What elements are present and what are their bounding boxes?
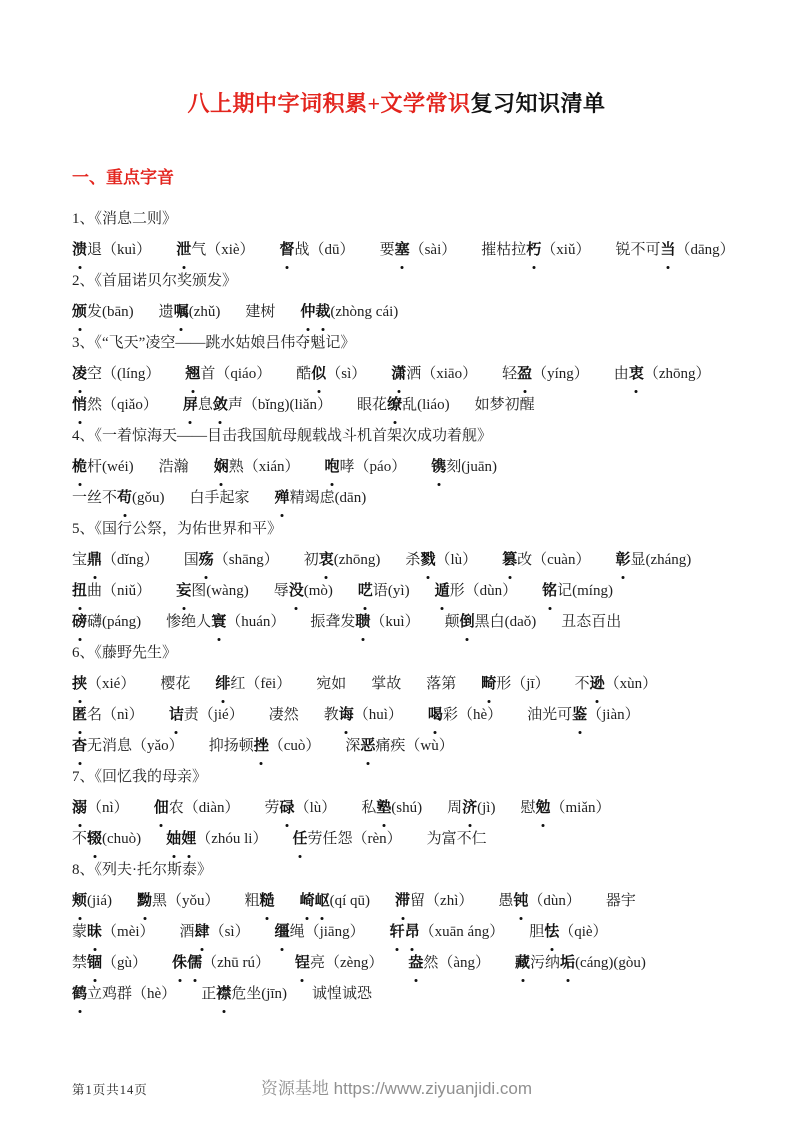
word-entry: 缰绳（jiāng） xyxy=(275,924,365,940)
lesson-title-line: 1、《消息二则》 xyxy=(72,204,732,235)
emphasized-char: 朽 xyxy=(526,235,541,266)
emphasized-char: 溃 xyxy=(72,235,87,266)
emphasized-char: 诲 xyxy=(339,700,354,731)
word-entry: 宝鼎（dǐng） xyxy=(72,552,159,568)
emphasized-char: 苟 xyxy=(117,483,132,514)
emphasized-char: 逊 xyxy=(590,669,605,700)
word-entry: 溺（nì） xyxy=(72,800,129,816)
word-entry: 屏息敛声（bǐng)(liǎn） xyxy=(183,397,332,413)
emphasized-char: 桅 xyxy=(72,452,87,483)
word-entry: 喝彩（hè） xyxy=(428,707,502,723)
word-entry: 眼花缭乱(liáo) xyxy=(357,397,450,413)
emphasized-char: 畸 xyxy=(481,669,496,700)
emphasized-char: 岖 xyxy=(315,886,330,917)
word-list-line: 杳无消息（yǎo）抑扬顿挫（cuò）深恶痛疾（wù） xyxy=(72,731,732,762)
word-entry: 振聋发聩（kuì） xyxy=(310,614,419,630)
emphasized-char: 襟 xyxy=(216,979,231,1010)
word-entry: 翘首（qiáo） xyxy=(185,366,271,382)
word-entry: 周济(jì) xyxy=(447,800,495,816)
word-list-line: 溃退（kuì）泄气（xiè）督战（dū）要塞（sài）摧枯拉朽（xiǔ）锐不可当… xyxy=(72,235,732,266)
emphasized-char: 娌 xyxy=(181,824,196,855)
emphasized-char: 殇 xyxy=(199,545,214,576)
word-list-line: 一丝不苟(gǒu)白手起家殚精竭虑(dān) xyxy=(72,483,732,514)
emphasized-char: 济 xyxy=(462,793,477,824)
word-entry: 锃亮（zèng） xyxy=(295,955,383,971)
word-entry: 呓语(yì) xyxy=(358,583,410,599)
lesson-title-line: 8、《列夫·托尔斯泰》 xyxy=(72,855,732,886)
lesson-title-line: 2、《首届诺贝尔奖颁发》 xyxy=(72,266,732,297)
word-entry: 摧枯拉朽（xiǔ） xyxy=(481,242,590,258)
emphasized-char: 黝 xyxy=(137,886,152,917)
word-entry: 宛如 xyxy=(316,676,346,692)
emphasized-char: 缭 xyxy=(387,390,402,421)
emphasized-char: 鹤 xyxy=(72,979,87,1010)
emphasized-char: 锢 xyxy=(87,948,102,979)
word-entry: 建树 xyxy=(245,304,275,320)
word-entry: 樱花 xyxy=(160,676,190,692)
emphasized-char: 聩 xyxy=(355,607,370,638)
emphasized-char: 挟 xyxy=(72,669,87,700)
emphasized-char: 鉴 xyxy=(572,700,587,731)
emphasized-char: 磅 xyxy=(72,607,87,638)
word-list-line: 悄然（qiǎo）屏息敛声（bǐng)(liǎn）眼花缭乱(liáo)如梦初醒 xyxy=(72,390,732,421)
word-entry: 正襟危坐(jīn) xyxy=(201,986,287,1002)
emphasized-char: 没 xyxy=(289,576,304,607)
emphasized-char: 裁 xyxy=(315,297,330,328)
emphasized-char: 昂 xyxy=(405,917,420,948)
page-title: 八上期中字词积累+文学常识复习知识清单 xyxy=(0,0,793,120)
word-entry: 桅杆(wéi) xyxy=(72,459,134,475)
emphasized-char: 屏 xyxy=(183,390,198,421)
word-entry: 佃农（diàn） xyxy=(154,800,240,816)
word-list-line: 扭曲（niǔ）妄图(wàng)辱没(mò)呓语(yì)遁形（dùn）铭记(mín… xyxy=(72,576,732,607)
word-entry: 不逊（xùn） xyxy=(575,676,658,692)
word-entry: 国殇（shāng） xyxy=(184,552,279,568)
word-list-line: 不辍(chuò)妯娌（zhóu li）任劳任怨（rèn）为富不仁 xyxy=(72,824,732,855)
word-entry: 泄气（xiè） xyxy=(176,242,254,258)
word-list-line: 凌空（(líng）翘首（qiáo）酷似（sì）潇洒（xiāo）轻盈（yíng）由… xyxy=(72,359,732,390)
emphasized-char: 嘱 xyxy=(174,297,189,328)
word-entry: 绯红（fēi） xyxy=(215,676,291,692)
emphasized-char: 铭 xyxy=(542,576,557,607)
word-entry: 辱没(mò) xyxy=(274,583,333,599)
emphasized-char: 匿 xyxy=(72,700,87,731)
emphasized-char: 塞 xyxy=(395,235,410,266)
emphasized-char: 娴 xyxy=(214,452,229,483)
section-heading: 一、重点字音 xyxy=(72,166,793,190)
word-list-line: 颊(jiá)黝黑（yǒu）粗糙崎岖(qí qū)滞留（zhì）愚钝（dùn）器宇 xyxy=(72,886,732,917)
word-list-line: 磅礴(páng)惨绝人寰（huán）振聋发聩（kuì）颠倒黑白(daǒ)丑态百出 xyxy=(72,607,732,638)
word-entry: 油光可鉴（jiàn） xyxy=(527,707,640,723)
word-entry: 遗嘱(zhǔ) xyxy=(159,304,221,320)
word-entry: 咆哮（páo） xyxy=(325,459,407,475)
word-entry: 抑扬顿挫（cuò） xyxy=(209,738,321,754)
word-entry: 督战（dū） xyxy=(280,242,355,258)
page-footer: 资源基地 https://www.ziyuanjidi.com 第1页共14页 xyxy=(0,1076,793,1102)
emphasized-char: 昧 xyxy=(87,917,102,948)
emphasized-char: 鼎 xyxy=(87,545,102,576)
word-entry: 溃退（kuì） xyxy=(72,242,151,258)
emphasized-char: 任 xyxy=(292,824,307,855)
word-entry: 轻盈（yíng） xyxy=(502,366,589,382)
word-entry: 畸形（jī） xyxy=(481,676,549,692)
word-entry: 深恶痛疾（wù） xyxy=(345,738,453,754)
emphasized-char: 佃 xyxy=(154,793,169,824)
emphasized-char: 辍 xyxy=(87,824,102,855)
emphasized-char: 呓 xyxy=(358,576,373,607)
emphasized-char: 泄 xyxy=(176,235,191,266)
word-entry: 挟（xié） xyxy=(72,676,135,692)
content-lines: 1、《消息二则》溃退（kuì）泄气（xiè）督战（dū）要塞（sài）摧枯拉朽（… xyxy=(72,204,732,1010)
word-entry: 慰勉（miǎn） xyxy=(520,800,610,816)
word-entry: 妄图(wàng) xyxy=(176,583,249,599)
lesson-title-line: 6、《藤野先生》 xyxy=(72,638,732,669)
page-title-suffix: 复习知识清单 xyxy=(471,91,606,116)
emphasized-char: 盈 xyxy=(517,359,532,390)
emphasized-char: 妯 xyxy=(166,824,181,855)
word-entry: 为富不仁 xyxy=(427,831,487,847)
word-entry: 要塞（sài） xyxy=(380,242,457,258)
word-entry: 蒙昧（mèi） xyxy=(72,924,155,940)
emphasized-char: 彰 xyxy=(615,545,630,576)
emphasized-char: 杳 xyxy=(72,731,87,762)
word-entry: 粗糙 xyxy=(245,893,275,909)
emphasized-char: 挫 xyxy=(254,731,269,762)
word-list-line: 桅杆(wéi)浩瀚娴熟（xián）咆哮（páo）镌刻(juān) xyxy=(72,452,732,483)
word-entry: 彰显(zháng) xyxy=(615,552,691,568)
emphasized-char: 碌 xyxy=(280,793,295,824)
word-entry: 遁形（dùn） xyxy=(435,583,518,599)
emphasized-char: 盎 xyxy=(408,948,423,979)
word-entry: 如梦初醒 xyxy=(475,397,535,413)
emphasized-char: 篡 xyxy=(502,545,517,576)
word-list-line: 禁锢（gù）侏儒（zhū rú）锃亮（zèng）盎然（àng）藏污纳垢(cáng… xyxy=(72,948,732,979)
word-entry: 匿名（nì） xyxy=(72,707,144,723)
word-entry: 悄然（qiǎo） xyxy=(72,397,158,413)
word-list-line: 挟（xié）樱花绯红（fēi）宛如掌故落第畸形（jī）不逊（xùn） xyxy=(72,669,732,700)
word-entry: 娴熟（xián） xyxy=(214,459,300,475)
word-list-line: 颁发(bān)遗嘱(zhǔ)建树仲裁(zhòng cái) xyxy=(72,297,732,328)
emphasized-char: 颁 xyxy=(72,297,87,328)
word-entry: 任劳任怨（rèn） xyxy=(292,831,401,847)
word-entry: 愚钝（dùn） xyxy=(498,893,581,909)
word-entry: 妯娌（zhóu li） xyxy=(166,831,267,847)
emphasized-char: 轩 xyxy=(390,917,405,948)
word-entry: 铭记(míng) xyxy=(542,583,613,599)
emphasized-char: 当 xyxy=(660,235,675,266)
word-entry: 不辍(chuò) xyxy=(72,831,141,847)
word-entry: 滞留（zhì） xyxy=(395,893,473,909)
emphasized-char: 塾 xyxy=(376,793,391,824)
emphasized-char: 绯 xyxy=(215,669,230,700)
emphasized-char: 扭 xyxy=(72,576,87,607)
emphasized-char: 锃 xyxy=(295,948,310,979)
emphasized-char: 藏 xyxy=(515,948,530,979)
word-entry: 轩昂（xuān áng） xyxy=(390,924,505,940)
word-entry: 杀戮（lù） xyxy=(405,552,477,568)
lesson-title-line: 5、《国行公祭，为佑世界和平》 xyxy=(72,514,732,545)
emphasized-char: 遁 xyxy=(435,576,450,607)
word-entry: 丑态百出 xyxy=(561,614,621,630)
word-list-line: 蒙昧（mèi）酒肆（sì）缰绳（jiāng）轩昂（xuān áng）胆怯（qiè… xyxy=(72,917,732,948)
word-entry: 惨绝人寰（huán） xyxy=(166,614,285,630)
emphasized-char: 翘 xyxy=(185,359,200,390)
emphasized-char: 怯 xyxy=(544,917,559,948)
word-entry: 藏污纳垢(cáng)(gòu) xyxy=(515,955,646,971)
document-page: 八上期中字词积累+文学常识复习知识清单 一、重点字音 1、《消息二则》溃退（ku… xyxy=(0,0,793,1122)
emphasized-char: 戮 xyxy=(420,545,435,576)
word-entry: 鹤立鸡群（hè） xyxy=(72,986,176,1002)
word-entry: 黝黑（yǒu） xyxy=(137,893,220,909)
word-entry: 诘责（jié） xyxy=(169,707,244,723)
emphasized-char: 勉 xyxy=(535,793,550,824)
emphasized-char: 似 xyxy=(311,359,326,390)
word-list-line: 匿名（nì）诘责（jié）凄然教诲（huì）喝彩（hè）油光可鉴（jiàn） xyxy=(72,700,732,731)
word-entry: 颊(jiá) xyxy=(72,893,112,909)
emphasized-char: 儒 xyxy=(187,948,202,979)
emphasized-char: 诘 xyxy=(169,700,184,731)
page-title-highlight: 八上期中字词积累+文学常识 xyxy=(187,91,470,116)
emphasized-char: 侏 xyxy=(172,948,187,979)
word-entry: 凌空（(líng） xyxy=(72,366,160,382)
emphasized-char: 垢 xyxy=(560,948,575,979)
emphasized-char: 钝 xyxy=(513,886,528,917)
word-entry: 锐不可当（dāng） xyxy=(615,242,734,258)
emphasized-char: 悄 xyxy=(72,390,87,421)
emphasized-char: 缰 xyxy=(275,917,290,948)
word-entry: 仲裁(zhòng cái) xyxy=(300,304,398,320)
emphasized-char: 潇 xyxy=(391,359,406,390)
word-entry: 崎岖(qí qū) xyxy=(300,893,370,909)
word-entry: 凄然 xyxy=(269,707,299,723)
word-entry: 盎然（àng） xyxy=(408,955,490,971)
word-entry: 侏儒（zhū rú） xyxy=(172,955,270,971)
word-entry: 落第 xyxy=(426,676,456,692)
emphasized-char: 倒 xyxy=(460,607,475,638)
lesson-title-line: 3、《“飞天”凌空——跳水姑娘吕伟夺魁记》 xyxy=(72,328,732,359)
word-entry: 浩瀚 xyxy=(159,459,189,475)
word-entry: 初衷(zhōng) xyxy=(304,552,381,568)
lesson-title-line: 7、《回忆我的母亲》 xyxy=(72,762,732,793)
word-entry: 由衷（zhōng） xyxy=(614,366,711,382)
word-entry: 颁发(bān) xyxy=(72,304,134,320)
emphasized-char: 殚 xyxy=(275,483,290,514)
emphasized-char: 妄 xyxy=(176,576,191,607)
word-entry: 劳碌（lù） xyxy=(265,800,337,816)
word-entry: 磅礴(páng) xyxy=(72,614,141,630)
emphasized-char: 仲 xyxy=(300,297,315,328)
emphasized-char: 衷 xyxy=(629,359,644,390)
word-entry: 扭曲（niǔ） xyxy=(72,583,151,599)
emphasized-char: 喝 xyxy=(428,700,443,731)
emphasized-char: 糙 xyxy=(260,886,275,917)
word-entry: 颠倒黑白(daǒ) xyxy=(445,614,537,630)
word-entry: 镌刻(juān) xyxy=(431,459,497,475)
emphasized-char: 镌 xyxy=(431,452,446,483)
word-list-line: 宝鼎（dǐng）国殇（shāng）初衷(zhōng)杀戮（lù）篡改（cuàn）… xyxy=(72,545,732,576)
word-entry: 禁锢（gù） xyxy=(72,955,147,971)
word-entry: 酷似（sì） xyxy=(296,366,366,382)
emphasized-char: 溺 xyxy=(72,793,87,824)
emphasized-char: 凌 xyxy=(72,359,87,390)
emphasized-char: 恶 xyxy=(360,731,375,762)
word-entry: 胆怯（qiè） xyxy=(529,924,607,940)
word-entry: 杳无消息（yǎo） xyxy=(72,738,184,754)
word-entry: 私塾(shú) xyxy=(361,800,422,816)
word-entry: 掌故 xyxy=(371,676,401,692)
emphasized-char: 寰 xyxy=(211,607,226,638)
emphasized-char: 崎 xyxy=(300,886,315,917)
page-number: 第1页共14页 xyxy=(72,1080,148,1098)
word-list-line: 溺（nì）佃农（diàn）劳碌（lù）私塾(shú)周济(jì)慰勉（miǎn） xyxy=(72,793,732,824)
emphasized-char: 敛 xyxy=(213,390,228,421)
emphasized-char: 颊 xyxy=(72,886,87,917)
word-entry: 白手起家 xyxy=(190,490,250,506)
emphasized-char: 咆 xyxy=(325,452,340,483)
emphasized-char: 滞 xyxy=(395,886,410,917)
lesson-title-line: 4、《一着惊海天——目击我国航母舰载战斗机首架次成功着舰》 xyxy=(72,421,732,452)
emphasized-char: 肆 xyxy=(195,917,210,948)
word-entry: 一丝不苟(gǒu) xyxy=(72,490,165,506)
word-entry: 器宇 xyxy=(606,893,636,909)
emphasized-char: 督 xyxy=(280,235,295,266)
emphasized-char: 衷 xyxy=(319,545,334,576)
word-entry: 潇洒（xiāo） xyxy=(391,366,477,382)
word-entry: 诚惶诚恐 xyxy=(312,986,372,1002)
word-list-line: 鹤立鸡群（hè）正襟危坐(jīn)诚惶诚恐 xyxy=(72,979,732,1010)
word-entry: 酒肆（sì） xyxy=(180,924,250,940)
word-entry: 殚精竭虑(dān) xyxy=(275,490,367,506)
word-entry: 篡改（cuàn） xyxy=(502,552,590,568)
word-entry: 教诲（huì） xyxy=(324,707,403,723)
